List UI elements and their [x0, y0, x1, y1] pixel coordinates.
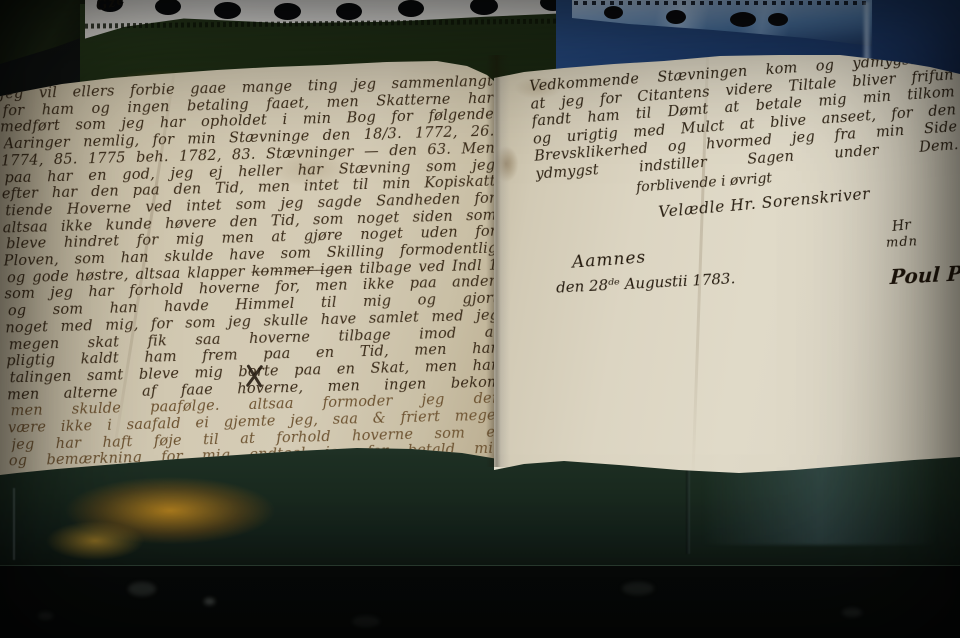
handwriting-block-right: Vedkommende Stævningen kom og ydmygst ba…: [529, 49, 959, 184]
center-fold-shadow: [486, 55, 510, 467]
handwriting-block-left: Jeg vil ellers forbie gaae mange ting je…: [0, 74, 503, 471]
granite-speckle: [38, 612, 53, 620]
punch-hole: [730, 12, 756, 27]
punch-hole: [666, 10, 686, 24]
punch-hole: [274, 3, 301, 20]
punch-hole: [768, 13, 788, 26]
ink-cross-mark: [242, 364, 266, 388]
granite-speckle: [128, 582, 156, 596]
granite-speckle: [622, 582, 654, 595]
plastic-edge-highlight: [13, 488, 15, 560]
photo-of-historic-letter: Gze Jeg vil ellers forbie gaae mange tin…: [0, 0, 960, 638]
granite-speckle: [842, 608, 862, 617]
granite-speckle: [204, 598, 215, 605]
letter-left-page: Jeg vil ellers forbie gaae mange ting je…: [0, 48, 506, 480]
punch-hole: [336, 3, 362, 20]
letter-right-page: Vedkommende Stævningen kom og ydmygst ba…: [494, 36, 960, 482]
punch-hole: [398, 0, 424, 17]
punch-hole: [214, 2, 241, 19]
punch-hole: [604, 6, 623, 19]
pocket-seam-dots: [574, 1, 866, 5]
margin-note: mdn: [886, 234, 919, 251]
gold-glint: [48, 55, 54, 60]
granite-speckle: [352, 616, 380, 627]
margin-note: Hr: [891, 217, 911, 235]
signature: Poul Peder: [889, 259, 960, 289]
date-line: den 28ᵈᵉ Augustii 1783.: [556, 269, 736, 296]
place-name: Aamnes: [571, 247, 646, 272]
